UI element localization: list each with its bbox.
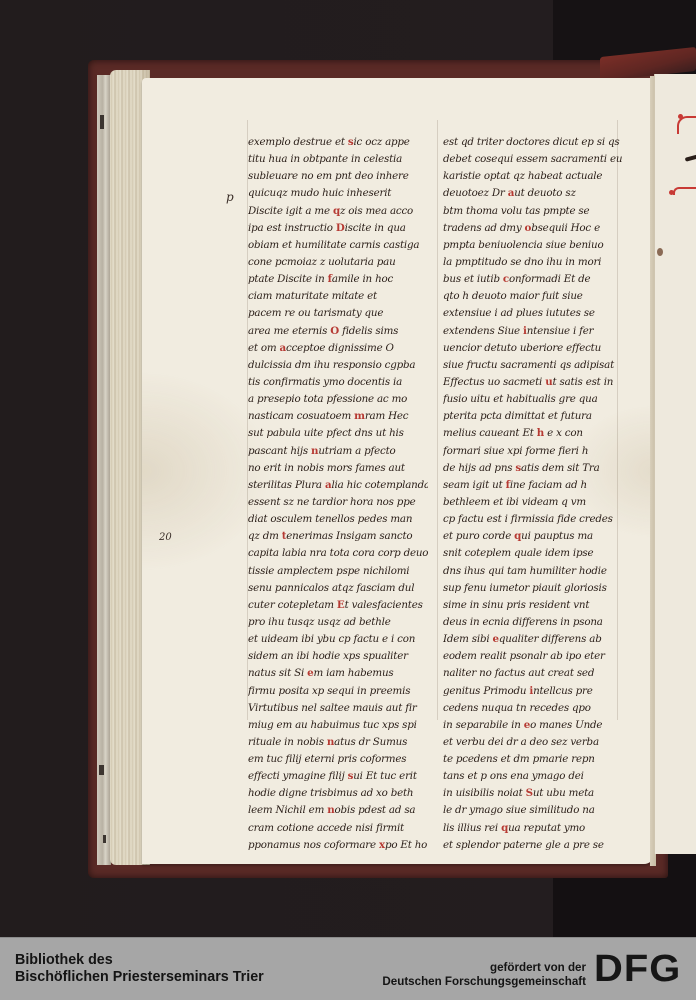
rubricated-initial: s [515,462,521,474]
funding-line-2: Deutschen Forschungsgemeinschaft [382,975,586,989]
manuscript-line: sut pabula uite pfect dns ut his [248,425,428,442]
manuscript-line: le dr ymago siue similitudo na [443,802,623,819]
manuscript-line: nasticam cosuatoem mram Hec [248,408,428,425]
rubricated-initial: s [348,136,354,148]
rubricated-initial: q [501,822,508,834]
manuscript-line: in separabile in eo manes Unde [443,717,623,734]
rubricated-initial: e [524,719,530,731]
manuscript-line: in uisibilis noiat Sut ubu meta [443,785,623,802]
rubricated-initial: t [282,530,287,542]
manuscript-line: em tuc filij eterni pris coformes [248,751,428,768]
manuscript-line: extensiue i ad plues iututes se [443,305,623,322]
manuscript-line: cuter cotepletam Et valesfacientes [248,597,428,614]
manuscript-line: Effectus uo sacmeti ut satis est in [443,374,623,391]
manuscript-line: bethleem et ibi videam q vm [443,494,623,511]
manuscript-line: eodem realit psonalr ab ipo eter [443,648,623,665]
rubricated-initial: q [514,530,521,542]
manuscript-line: seam igit ut fine faciam ad h [443,477,623,494]
library-line-1: Bibliothek des [15,952,264,969]
rubricated-initial: f [506,479,510,491]
rubricated-initial: u [545,376,552,388]
manuscript-line: tans et p ons ena ymago dei [443,768,623,785]
rubricated-initial: m [354,410,365,422]
manuscript-line: genitus Primodu intellcus pre [443,683,623,700]
manuscript-line: ciam maturitate mitate et [248,288,428,305]
manuscript-line: la pmptitudo se dno ihu in mori [443,254,623,271]
footer-banner: Bibliothek des Bischöflichen Priestersem… [0,937,696,1000]
manuscript-line: qz dm tenerimas Insigam sancto [248,528,428,545]
manuscript-line: debet cosequi essem sacramenti eu [443,151,623,168]
manuscript-line: pascant hijs nutriam a pfecto [248,443,428,460]
manuscript-line: te pcedens et dm pmarie repn [443,751,623,768]
rubricated-initial: S [526,787,533,799]
manuscript-line: bus et iutib conformadi Et de [443,271,623,288]
manuscript-line: et splendor paterne gle a pre se [443,837,623,854]
manuscript-line: hodie digne trisbimus ad xo beth [248,785,428,802]
manuscript-page-recto [654,74,696,854]
rubricated-initial: h [537,427,544,439]
manuscript-line: essent sz ne tardior hora nos ppe [248,494,428,511]
manuscript-line: exemplo destrue et sic ocz appe [248,134,428,151]
manuscript-line: snit coteplem quale idem ipse [443,545,623,562]
manuscript-line: dns ihus qui tam humiliter hodie [443,563,623,580]
rubricated-initial: a [280,342,286,354]
library-name: Bibliothek des Bischöflichen Priestersem… [15,952,264,986]
rubricated-initial: O [330,325,339,337]
manuscript-line: cedens nuqua tn recedes qpo [443,700,623,717]
manuscript-line: rituale in nobis natus dr Sumus [248,734,428,751]
manuscript-line: pterita pcta dimittat et futura [443,408,623,425]
rubricated-initial: c [503,273,509,285]
rubricated-initial: f [328,273,332,285]
manuscript-line: lis illius rei qua reputat ymo [443,820,623,837]
rubricated-initial: s [348,770,354,782]
manuscript-line: diat osculem tenellos pedes man [248,511,428,528]
manuscript-line: firmu posita xp sequi in preemis [248,683,428,700]
manuscript-line: a presepio tota pfessione ac mo [248,391,428,408]
manuscript-line: cram cotione accede nisi firmit [248,820,428,837]
manuscript-line: fusio uitu et habitualis gre qua [443,391,623,408]
manuscript-line: no erit in nobis mors fames aut [248,460,428,477]
text-column-left: exemplo destrue et sic ocz appetitu hua … [248,134,428,854]
funding-line-1: gefördert von der [382,961,586,975]
manuscript-line: est qd triter doctores dicut ep si qs [443,134,623,151]
rubricated-initial: n [311,445,318,457]
manuscript-line: ipa est instructio Discite in qua [248,220,428,237]
manuscript-line: subleuare no em pnt deo inhere [248,168,428,185]
manuscript-line: area me eternis O fidelis sims [248,323,428,340]
manuscript-line: et uideam ibi ybu cp factu e i con [248,631,428,648]
binding-inner-strip [97,75,111,865]
manuscript-line: cp factu est i firmissia fide credes [443,511,623,528]
manuscript-line: et verbu dei dr a deo sez verba [443,734,623,751]
manuscript-line: Virtutibus nel saltee mauis aut fir [248,700,428,717]
rubricated-initial: q [333,205,340,217]
manuscript-line: titu hua in obtpante in celestia [248,151,428,168]
rubricated-initial: n [327,736,334,748]
manuscript-line: tradens ad dmy obsequii Hoc e [443,220,623,237]
rubricated-initial: n [327,804,334,816]
funding-credit: gefördert von der Deutschen Forschungsge… [382,961,586,989]
manuscript-line: uencior detuto uberiore effectu [443,340,623,357]
rubricated-initial: o [525,222,532,234]
manuscript-line: pro ihu tusqz usqz ad bethle [248,614,428,631]
margin-note-folio: 20 [159,532,172,543]
manuscript-line: pponamus nos coformare xpo Et ho [248,837,428,854]
manuscript-line: tis confirmatis ymo docentis ia [248,374,428,391]
manuscript-line: miug em au habuimus tuc xps spi [248,717,428,734]
manuscript-line: obiam et humilitate carnis castiga [248,237,428,254]
rubricated-initial: E [337,599,345,611]
red-initial-fragment [673,187,696,195]
manuscript-line: sterilitas Plura alia hic cotemplanda [248,477,428,494]
manuscript-line: cone pcmoiaz z uolutaria pau [248,254,428,271]
manuscript-line: karistie optat qz habeat actuale [443,168,623,185]
manuscript-line: sime in sinu pris resident vnt [443,597,623,614]
margin-note-p: p [226,190,234,204]
manuscript-line: tissie amplectem pspe nichilomi [248,563,428,580]
manuscript-line: sidem an ibi hodie xps spualiter [248,648,428,665]
manuscript-line: extendens Siue intensiue i fer [443,323,623,340]
stain [657,248,663,256]
manuscript-line: ptate Discite in famile in hoc [248,271,428,288]
rubricated-initial: e [493,633,499,645]
manuscript-line: pmpta beniuolencia siue beniuo [443,237,623,254]
manuscript-line: deus in ecnia differens in psona [443,614,623,631]
manuscript-line: dulcissia dm ihu responsio cgpba [248,357,428,374]
manuscript-line: btm thoma volu tas pmpte se [443,203,623,220]
manuscript-line: Discite igit a me qz ois mea acco [248,203,428,220]
manuscript-line: formari siue xpi forme fieri h [443,443,623,460]
ink-stroke [685,154,696,161]
manuscript-line: de hijs ad pns satis dem sit Tra [443,460,623,477]
manuscript-line: effecti ymagine filij sui Et tuc erit [248,768,428,785]
manuscript-line: senu pannicalos atqz fasciam dul [248,580,428,597]
manuscript-scan-area: p 20 exemplo destrue et sic ocz appetitu… [0,0,696,937]
manuscript-line: natus sit Si em iam habemus [248,665,428,682]
manuscript-line: leem Nichil em nobis pdest ad sa [248,802,428,819]
manuscript-line: melius caueant Et h e x con [443,425,623,442]
red-dot [678,114,683,119]
manuscript-line: sup fenu iumetor piauit gloriosis [443,580,623,597]
manuscript-line: Idem sibi equaliter differens ab [443,631,623,648]
rubricated-initial: a [325,479,331,491]
manuscript-line: capita labia nra tota cora corp deuo [248,545,428,562]
manuscript-line: naliter no factus aut creat sed [443,665,623,682]
text-column-right: est qd triter doctores dicut ep si qsdeb… [443,134,623,854]
manuscript-line: deuotoez Dr aut deuoto sz [443,185,623,202]
rubricated-initial: i [523,325,527,337]
library-line-2: Bischöflichen Priesterseminars Trier [15,969,264,986]
manuscript-line: et puro corde qui pauptus ma [443,528,623,545]
manuscript-line: et om acceptoe dignissime O [248,340,428,357]
dfg-logo: DFG [594,952,695,986]
manuscript-line: pacem re ou tarismaty que [248,305,428,322]
manuscript-line: qto h deuoto maior fuit siue [443,288,623,305]
rubricated-initial: e [307,667,313,679]
rubricated-initial: a [508,187,514,199]
manuscript-line: siue fructu sacramenti qs adipisat [443,357,623,374]
ruling-line [437,120,438,720]
rubricated-initial: x [379,839,385,851]
rubricated-initial: D [336,222,345,234]
manuscript-line: quicuqz mudo huic inheserit [248,185,428,202]
rubricated-initial: i [529,685,533,697]
